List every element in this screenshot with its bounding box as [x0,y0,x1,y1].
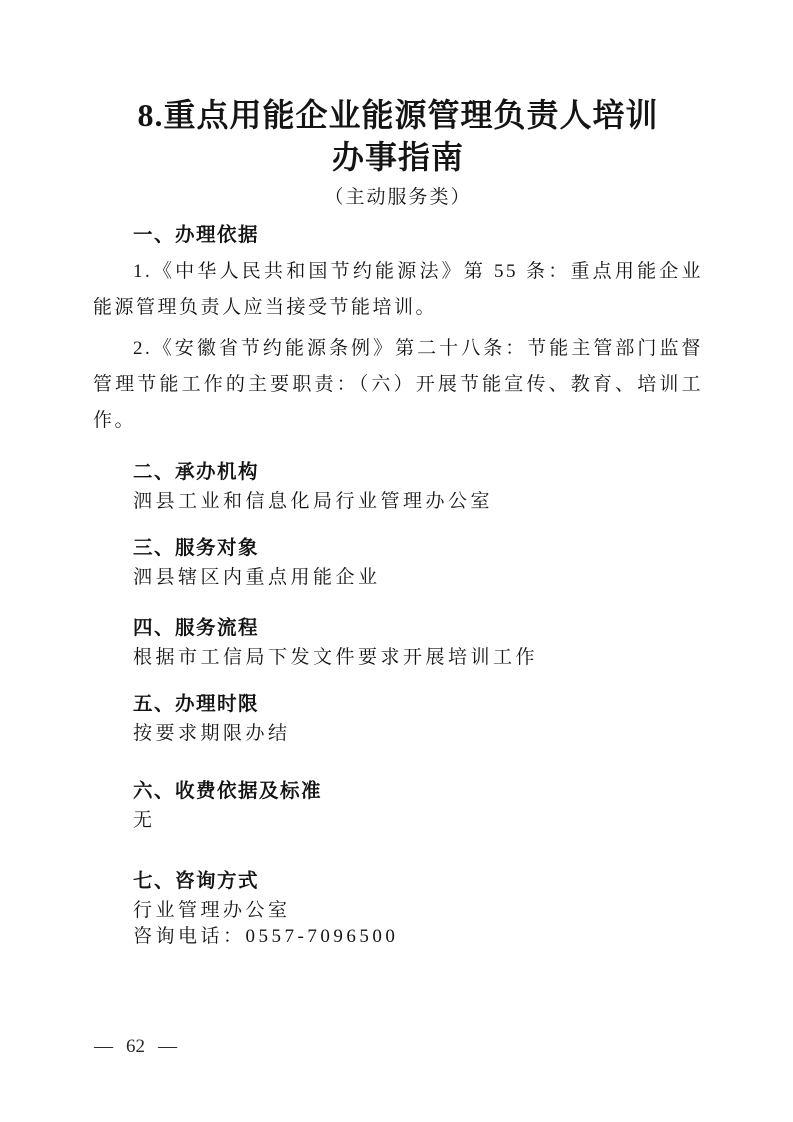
page-number: 62 [126,1036,145,1058]
section-heading: 七、咨询方式 [93,868,703,895]
section-heading: 三、服务对象 [93,535,703,562]
document-title: 8.重点用能企业能源管理负责人培训 办事指南 [93,94,703,178]
section-heading: 五、办理时限 [93,691,703,718]
section-body-line: 泗县工业和信息化局行业管理办公室 [93,489,703,515]
document-section: 七、咨询方式 行业管理办公室咨询电话：0557-7096500 [93,868,703,950]
section-body-line: 咨询电话：0557-7096500 [93,924,703,950]
document-section: 六、收费依据及标准 无 [93,778,703,834]
document-page: 8.重点用能企业能源管理负责人培训 办事指南 （主动服务类） 一、办理依据 1.… [0,0,793,1122]
section-heading: 六、收费依据及标准 [93,778,703,805]
section-paragraph: 2.《安徽省节约能源条例》第二十八条：节能主管部门监督管理节能工作的主要职责：（… [93,331,703,439]
document-title-line2: 办事指南 [93,136,703,178]
page-footer: — 62 — [94,1036,177,1058]
document-section: 五、办理时限 按要求期限办结 [93,691,703,747]
document-content: 8.重点用能企业能源管理负责人培训 办事指南 （主动服务类） 一、办理依据 1.… [93,90,703,950]
section-paragraph: 1.《中华人民共和国节约能源法》第 55 条：重点用能企业能源管理负责人应当接受… [93,254,703,326]
document-section: 一、办理依据 1.《中华人民共和国节约能源法》第 55 条：重点用能企业能源管理… [93,222,703,439]
section-body-line: 按要求期限办结 [93,721,703,747]
section-heading: 一、办理依据 [93,222,703,249]
footer-right-dash: — [158,1036,177,1058]
document-section: 四、服务流程 根据市工信局下发文件要求开展培训工作 [93,615,703,671]
sections-container: 一、办理依据 1.《中华人民共和国节约能源法》第 55 条：重点用能企业能源管理… [93,222,703,950]
document-subtitle: （主动服务类） [93,186,703,210]
section-body-line: 泗县辖区内重点用能企业 [93,565,703,591]
footer-left-dash: — [94,1036,113,1058]
document-section: 三、服务对象 泗县辖区内重点用能企业 [93,535,703,591]
section-body-line: 行业管理办公室 [93,898,703,924]
section-body-line: 无 [93,808,703,834]
document-section: 二、承办机构 泗县工业和信息化局行业管理办公室 [93,459,703,515]
section-heading: 四、服务流程 [93,615,703,642]
section-body-line: 根据市工信局下发文件要求开展培训工作 [93,645,703,671]
section-heading: 二、承办机构 [93,459,703,486]
document-title-line1: 8.重点用能企业能源管理负责人培训 [93,94,703,136]
